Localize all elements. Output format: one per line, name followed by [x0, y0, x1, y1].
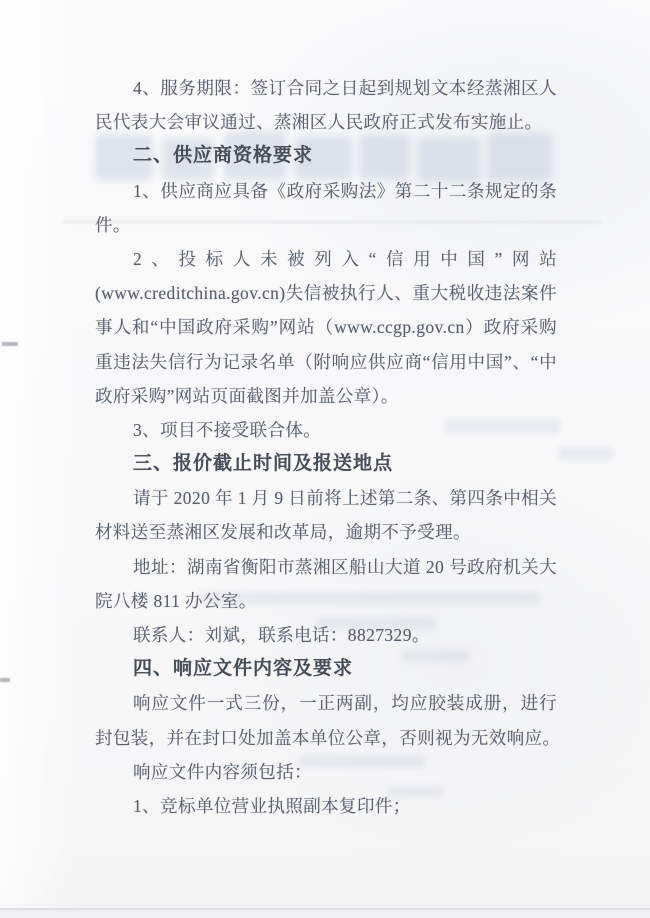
- scan-left-margin-band: [0, 0, 82, 918]
- paragraph-line: 事人和“中国政府采购”网站（www.ccgp.gov.cn）政府采购严: [95, 310, 557, 344]
- paragraph-line: 地址：湖南省衡阳市蒸湘区船山大道 20 号政府机关大: [95, 550, 557, 584]
- paragraph-line: 件。: [95, 208, 557, 242]
- scan-bottom-edge: [0, 908, 650, 918]
- paragraph-line: 重违法失信行为记录名单（附响应供应商“信用中国”、“中国: [95, 345, 557, 379]
- paragraph-line: 2、投标人未被列入“信用中国”网站: [95, 242, 557, 276]
- scan-artifact: [0, 678, 10, 682]
- paragraph-line: 政府采购”网站页面截图并加盖公章）。: [95, 379, 557, 413]
- paragraph-line: 响应文件内容须包括：: [95, 755, 557, 789]
- paragraph-line: 材料送至蒸湘区发展和改革局，逾期不予受理。: [95, 515, 557, 549]
- contact-line: 联系人：刘斌，联系电话：8827329。: [95, 618, 557, 652]
- paragraph-line: 请于 2020 年 1 月 9 日前将上述第二条、第四条中相关: [95, 481, 557, 515]
- section-heading: 二、供应商资格要求: [95, 139, 557, 173]
- paragraph-line: 民代表大会审议通过、蒸湘区人民政府正式发布实施止。: [95, 105, 557, 139]
- list-item-line: 1、竞标单位营业执照副本复印件；: [95, 789, 557, 823]
- paragraph-line: 响应文件一式三份，一正两副，均应胶装成册，进行密: [95, 686, 557, 720]
- paragraph-line: 封包装，并在封口处加盖本单位公章，否则视为无效响应。: [95, 721, 557, 755]
- paragraph-line: 院八楼 811 办公室。: [95, 584, 557, 618]
- scanned-document-page: 4、服务期限：签订合同之日起到规划文本经蒸湘区人 民代表大会审议通过、蒸湘区人民…: [0, 0, 650, 918]
- paragraph-line: (www.creditchina.gov.cn)失信被执行人、重大税收违法案件当: [95, 276, 557, 310]
- section-heading: 四、响应文件内容及要求: [95, 652, 557, 686]
- document-body: 4、服务期限：签订合同之日起到规划文本经蒸湘区人 民代表大会审议通过、蒸湘区人民…: [95, 71, 557, 823]
- paragraph-line: 1、供应商应具备《政府采购法》第二十二条规定的条: [95, 174, 557, 208]
- bleedthrough-mark: [558, 447, 613, 460]
- paragraph-line: 4、服务期限：签订合同之日起到规划文本经蒸湘区人: [95, 71, 557, 105]
- section-heading: 三、报价截止时间及报送地点: [95, 447, 557, 481]
- paragraph-line: 3、项目不接受联合体。: [95, 413, 557, 447]
- scan-artifact: [2, 342, 18, 346]
